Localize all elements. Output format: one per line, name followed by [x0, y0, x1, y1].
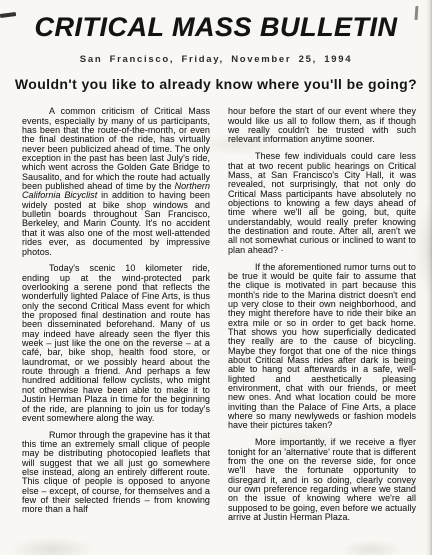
bulletin-page: CRITICAL MASS BULLETIN San Francisco, Fr…	[0, 0, 432, 555]
article-body: A common criticism of Critical Mass even…	[0, 107, 432, 529]
column-right: hour before the start of our event where…	[228, 107, 416, 529]
page-title: CRITICAL MASS BULLETIN	[6, 13, 426, 41]
headline: Wouldn't you like to already know where …	[0, 76, 432, 92]
body-text: These few individuals could care less th…	[228, 151, 416, 254]
body-text: Today's scenic 10 kilometer ride, ending…	[22, 263, 210, 423]
body-text: A common criticism of Critical Mass even…	[22, 106, 210, 191]
paragraph: These few individuals could care less th…	[228, 152, 416, 255]
paragraph: If the aforementioned rumor turns out to…	[228, 263, 416, 431]
body-text: Rumor through the grapevine has it that …	[22, 430, 210, 515]
body-text: hour before the start of our event where…	[228, 106, 416, 144]
paragraph: Today's scenic 10 kilometer ride, ending…	[22, 264, 210, 423]
body-text: in addition to having been widely posted…	[22, 190, 210, 256]
masthead: CRITICAL MASS BULLETIN San Francisco, Fr…	[0, 13, 432, 92]
paragraph: More importantly, if we receive a flyer …	[228, 438, 416, 522]
paragraph: Rumor through the grapevine has it that …	[22, 431, 210, 515]
column-left: A common criticism of Critical Mass even…	[22, 107, 210, 522]
paragraph: hour before the start of our event where…	[228, 107, 416, 144]
paragraph: A common criticism of Critical Mass even…	[22, 107, 210, 257]
body-text: More importantly, if we receive a flyer …	[228, 437, 416, 522]
body-text: If the aforementioned rumor turns out to…	[228, 262, 416, 431]
dateline: San Francisco, Friday, November 25, 1994	[0, 54, 432, 65]
